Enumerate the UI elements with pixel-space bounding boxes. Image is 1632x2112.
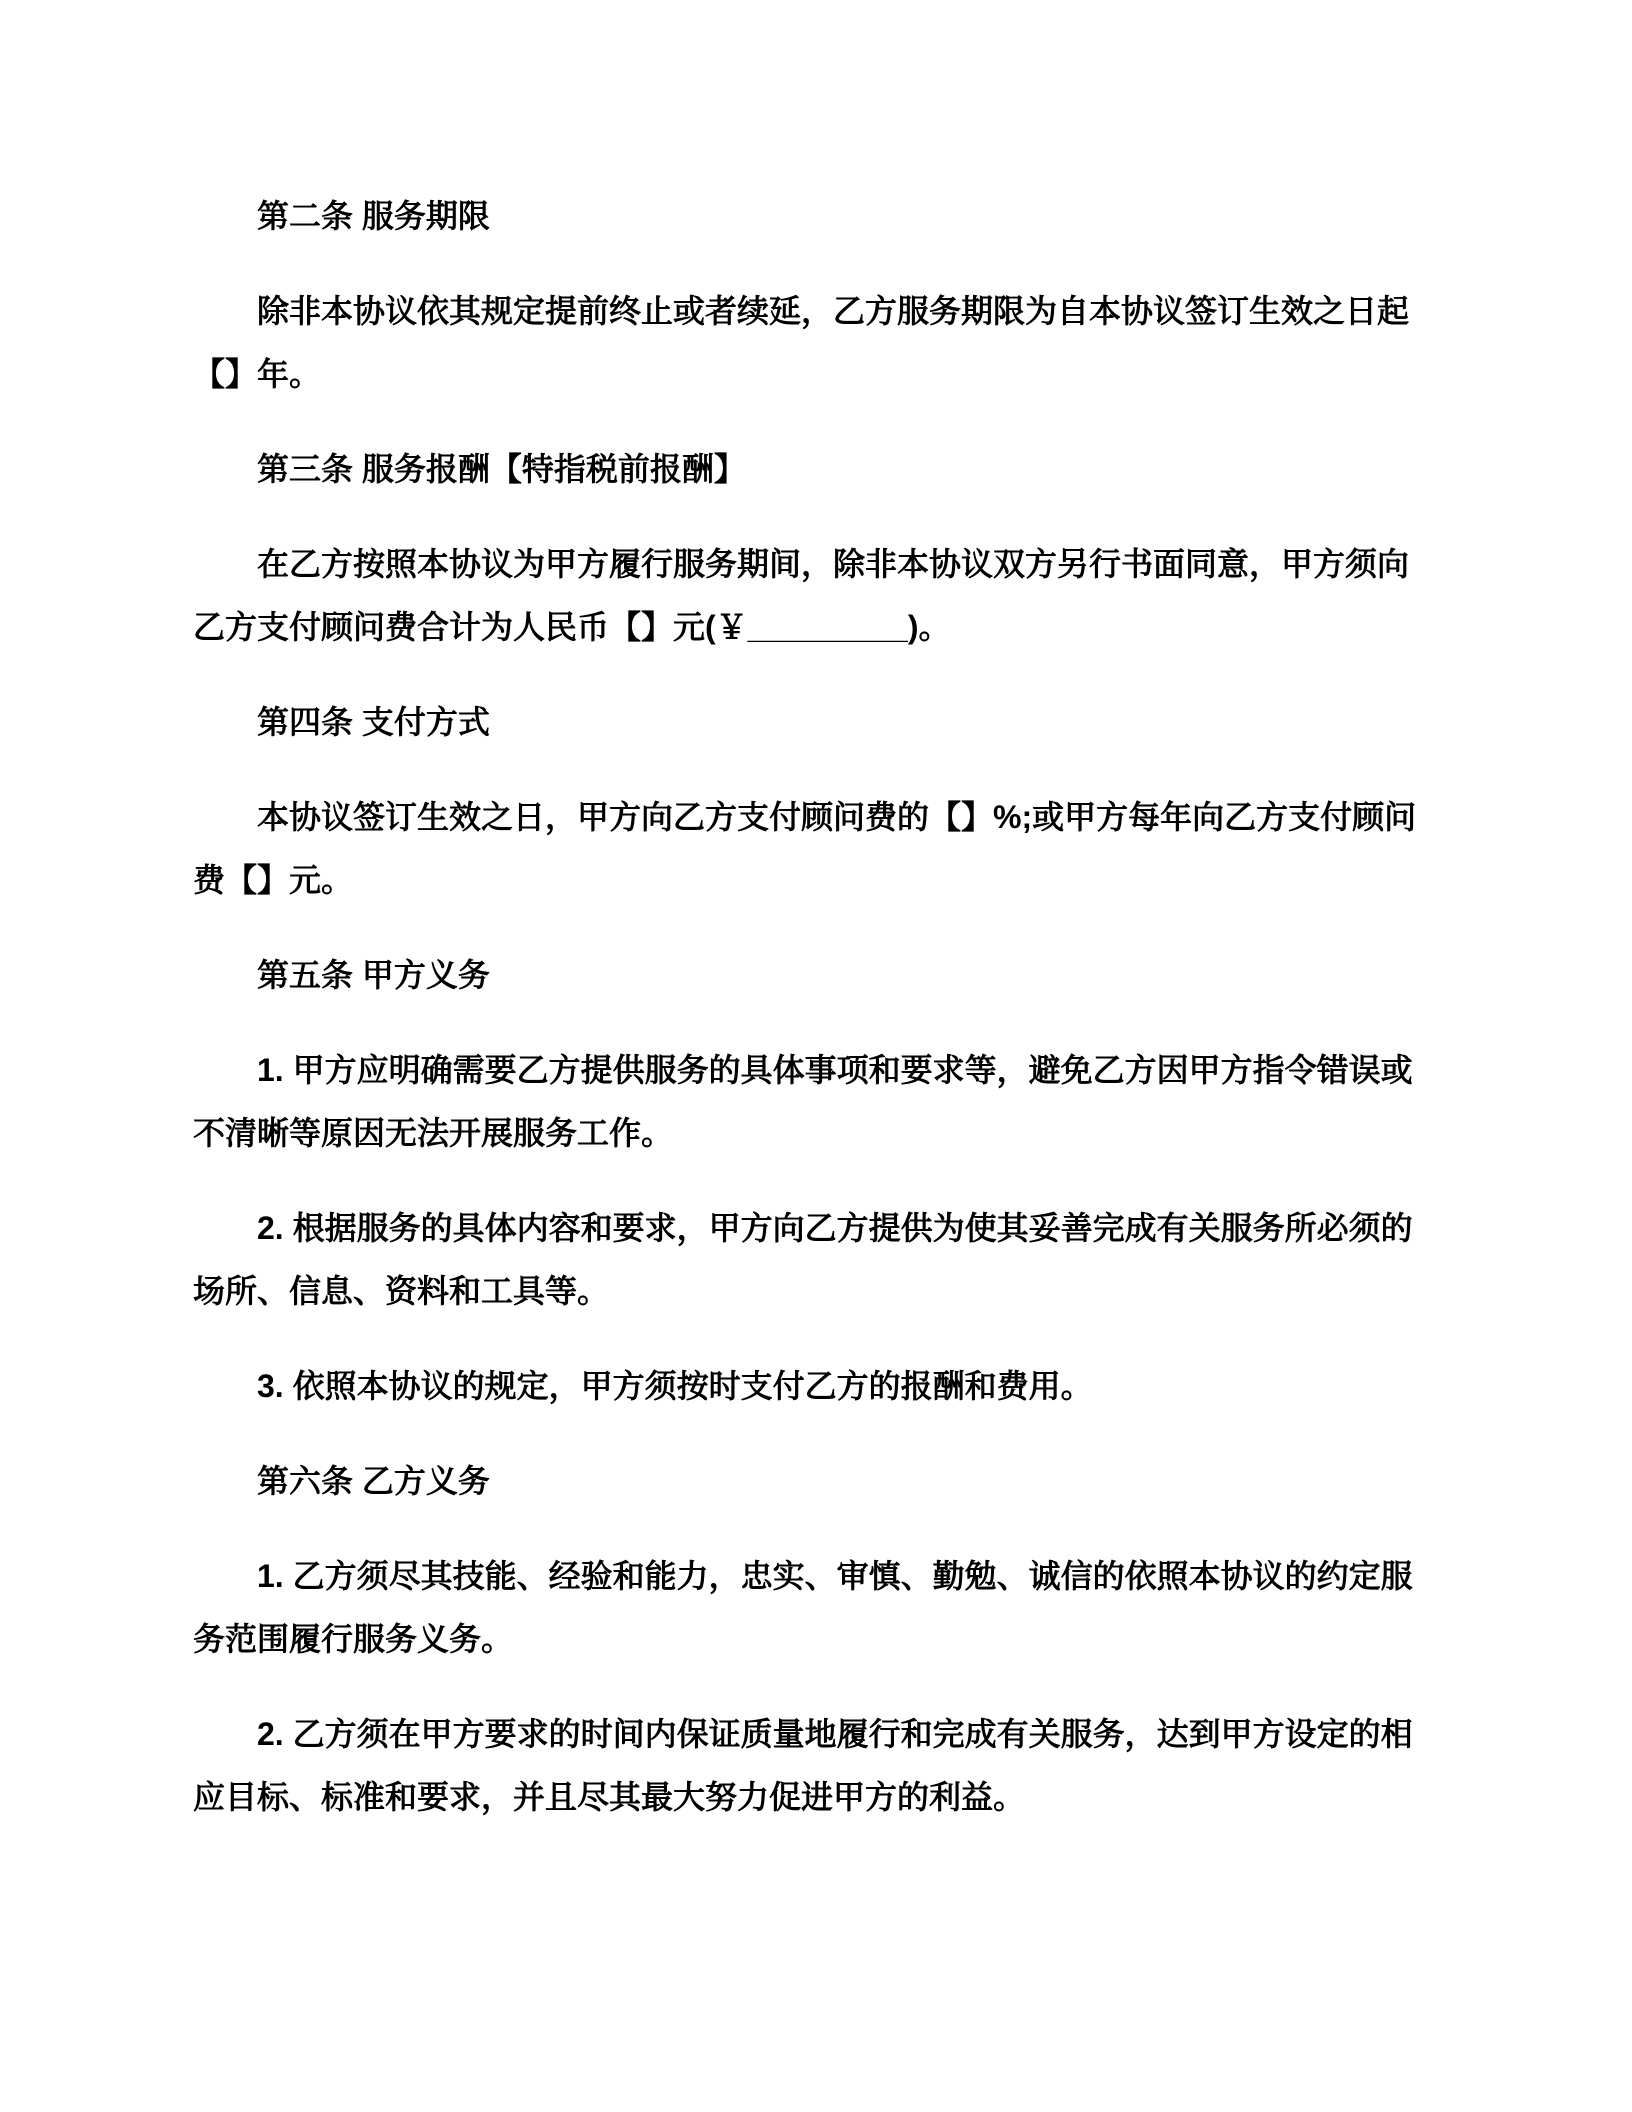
heading-line: 第五条 甲方义务 bbox=[193, 944, 1454, 1007]
paragraph-line: 2. 乙方须在甲方要求的时间内保证质量地履行和完成有关服务，达到甲方设定的相 bbox=[193, 1703, 1454, 1766]
paragraph-line: 乙方支付顾问费合计为人民币【】元(￥_________)。 bbox=[193, 596, 1454, 659]
contract-paragraph: 1. 甲方应明确需要乙方提供服务的具体事项和要求等，避免乙方因甲方指令错误或不清… bbox=[193, 1039, 1454, 1165]
contract-text: 第二条 服务期限除非本协议依其规定提前终止或者续延，乙方服务期限为自本协议签订生… bbox=[193, 185, 1454, 1829]
paragraph-line: 费【】元。 bbox=[193, 849, 1454, 912]
contract-paragraph: 2. 根据服务的具体内容和要求，甲方向乙方提供为使其妥善完成有关服务所必须的场所… bbox=[193, 1197, 1454, 1323]
section-heading: 第六条 乙方义务 bbox=[193, 1450, 1454, 1513]
paragraph-line: 1. 甲方应明确需要乙方提供服务的具体事项和要求等，避免乙方因甲方指令错误或 bbox=[193, 1039, 1454, 1102]
paragraph-line: 在乙方按照本协议为甲方履行服务期间，除非本协议双方另行书面同意，甲方须向 bbox=[193, 533, 1454, 596]
contract-paragraph: 2. 乙方须在甲方要求的时间内保证质量地履行和完成有关服务，达到甲方设定的相应目… bbox=[193, 1703, 1454, 1829]
section-heading: 第二条 服务期限 bbox=[193, 185, 1454, 248]
contract-paragraph: 3. 依照本协议的规定，甲方须按时支付乙方的报酬和费用。 bbox=[193, 1355, 1454, 1418]
paragraph-line: 2. 根据服务的具体内容和要求，甲方向乙方提供为使其妥善完成有关服务所必须的 bbox=[193, 1197, 1454, 1260]
paragraph-line: 本协议签订生效之日，甲方向乙方支付顾问费的【】%;或甲方每年向乙方支付顾问 bbox=[193, 786, 1454, 849]
paragraph-line: 3. 依照本协议的规定，甲方须按时支付乙方的报酬和费用。 bbox=[193, 1355, 1454, 1418]
paragraph-line: 场所、信息、资料和工具等。 bbox=[193, 1260, 1454, 1323]
section-heading: 第四条 支付方式 bbox=[193, 691, 1454, 754]
paragraph-line: 除非本协议依其规定提前终止或者续延，乙方服务期限为自本协议签订生效之日起 bbox=[193, 280, 1454, 343]
contract-paragraph: 除非本协议依其规定提前终止或者续延，乙方服务期限为自本协议签订生效之日起【】年。 bbox=[193, 280, 1454, 406]
heading-line: 第二条 服务期限 bbox=[193, 185, 1454, 248]
heading-line: 第四条 支付方式 bbox=[193, 691, 1454, 754]
heading-line: 第六条 乙方义务 bbox=[193, 1450, 1454, 1513]
contract-paragraph: 本协议签订生效之日，甲方向乙方支付顾问费的【】%;或甲方每年向乙方支付顾问费【】… bbox=[193, 786, 1454, 912]
paragraph-line: 1. 乙方须尽其技能、经验和能力，忠实、审慎、勤勉、诚信的依照本协议的约定服 bbox=[193, 1545, 1454, 1608]
heading-line: 第三条 服务报酬【特指税前报酬】 bbox=[193, 438, 1454, 501]
paragraph-line: 应目标、标准和要求，并且尽其最大努力促进甲方的利益。 bbox=[193, 1766, 1454, 1829]
paragraph-line: 不清晰等原因无法开展服务工作。 bbox=[193, 1102, 1454, 1165]
section-heading: 第五条 甲方义务 bbox=[193, 944, 1454, 1007]
contract-paragraph: 1. 乙方须尽其技能、经验和能力，忠实、审慎、勤勉、诚信的依照本协议的约定服务范… bbox=[193, 1545, 1454, 1671]
paragraph-line: 【】年。 bbox=[193, 343, 1454, 406]
section-heading: 第三条 服务报酬【特指税前报酬】 bbox=[193, 438, 1454, 501]
contract-paragraph: 在乙方按照本协议为甲方履行服务期间，除非本协议双方另行书面同意，甲方须向乙方支付… bbox=[193, 533, 1454, 659]
paragraph-line: 务范围履行服务义务。 bbox=[193, 1608, 1454, 1671]
document-page: 第二条 服务期限除非本协议依其规定提前终止或者续延，乙方服务期限为自本协议签订生… bbox=[0, 0, 1632, 2112]
